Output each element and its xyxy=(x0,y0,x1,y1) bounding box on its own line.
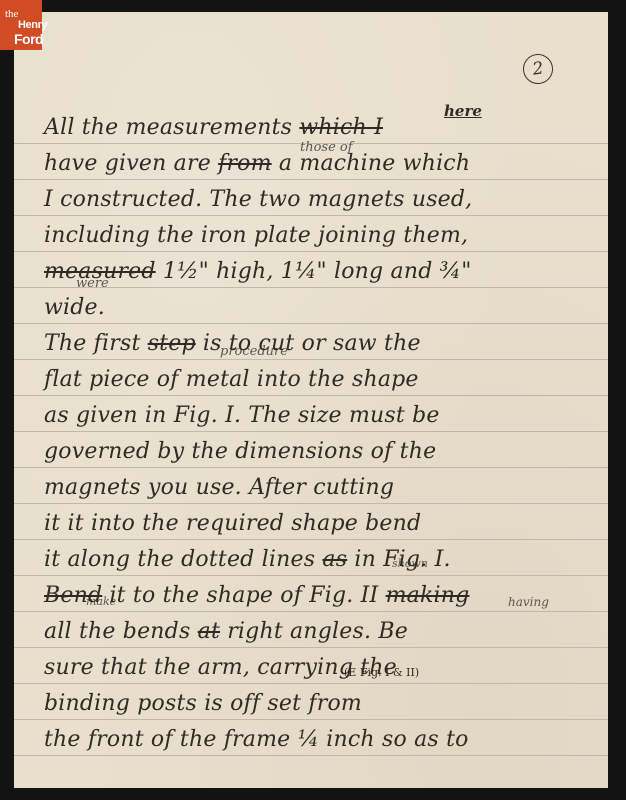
text-segment: all the bends xyxy=(44,619,198,644)
logo-ford: Ford xyxy=(14,31,43,47)
ruled-line xyxy=(14,395,608,396)
ruled-line xyxy=(14,683,608,684)
struck-word: making xyxy=(386,583,470,608)
text-segment: right angles. Be xyxy=(220,619,408,644)
manuscript-line: The first step is to cut or saw the xyxy=(44,331,421,356)
ruled-line xyxy=(14,251,608,252)
text-segment: flat piece of metal into the shape xyxy=(44,367,419,392)
text-segment: including the iron plate joining them, xyxy=(44,223,468,248)
manuscript-line: All the measurements which I xyxy=(44,115,383,140)
struck-word: at xyxy=(198,619,220,644)
ruled-line xyxy=(14,755,608,756)
text-segment: it to the shape of Fig. II xyxy=(102,583,385,608)
text-segment: in Fig. I. xyxy=(347,547,450,572)
struck-word: as xyxy=(322,547,347,572)
page-number: 2 xyxy=(521,52,555,86)
logo-the: the xyxy=(5,8,18,20)
logo-henry: Henry xyxy=(18,19,47,31)
text-segment: have given are xyxy=(44,151,218,176)
text-segment: 1½" high, 1¼" long and ¾" xyxy=(156,259,472,284)
text-segment: binding posts is off set from xyxy=(44,691,362,716)
manuscript-line: governed by the dimensions of the xyxy=(44,439,436,464)
insertion-having: having xyxy=(508,595,549,609)
text-segment: governed by the dimensions of the xyxy=(44,439,436,464)
insertion-here: here xyxy=(444,102,482,120)
struck-word: from xyxy=(218,151,272,176)
ruled-line xyxy=(14,539,608,540)
text-segment: it it into the required shape bend xyxy=(44,511,421,536)
ruled-line xyxy=(14,503,608,504)
text-segment: it along the dotted lines xyxy=(44,547,322,572)
manuscript-line: including the iron plate joining them, xyxy=(44,223,468,248)
manuscript-page: 2 here those of were procedure shown mak… xyxy=(14,12,608,788)
ruled-line xyxy=(14,611,608,612)
ruled-line xyxy=(14,359,608,360)
text-segment: sure that the arm, carrying the xyxy=(44,655,397,680)
ruled-line xyxy=(14,215,608,216)
ruled-line xyxy=(14,575,608,576)
manuscript-line: it it into the required shape bend xyxy=(44,511,421,536)
manuscript-line: Bend it to the shape of Fig. II making xyxy=(44,583,469,608)
text-segment: the front of the frame ¼ inch so as to xyxy=(44,727,469,752)
manuscript-line: binding posts is off set from xyxy=(44,691,362,716)
manuscript-line: wide. xyxy=(44,295,105,320)
ruled-line xyxy=(14,467,608,468)
struck-word: measured xyxy=(44,259,156,284)
text-segment: as given in Fig. I. The size must be xyxy=(44,403,440,428)
text-segment: is to cut or saw the xyxy=(196,331,421,356)
manuscript-line: measured 1½" high, 1¼" long and ¾" xyxy=(44,259,472,284)
text-segment: The first xyxy=(44,331,148,356)
struck-word: Bend xyxy=(44,583,102,608)
manuscript-line: magnets you use. After cutting xyxy=(44,475,394,500)
text-segment: wide. xyxy=(44,295,105,320)
text-segment: I constructed. The two magnets used, xyxy=(44,187,472,212)
manuscript-line: it along the dotted lines as in Fig. I. xyxy=(44,547,451,572)
struck-word: which I xyxy=(299,115,383,140)
ruled-line xyxy=(14,323,608,324)
ruled-line xyxy=(14,719,608,720)
ruled-line xyxy=(14,647,608,648)
henry-ford-logo: the Henry Ford xyxy=(0,0,42,50)
text-segment: All the measurements xyxy=(44,115,299,140)
manuscript-line: all the bends at right angles. Be xyxy=(44,619,408,644)
manuscript-line: sure that the arm, carrying the xyxy=(44,655,397,680)
ruled-line xyxy=(14,179,608,180)
ruled-line xyxy=(14,431,608,432)
struck-word: step xyxy=(148,331,196,356)
text-segment: a machine which xyxy=(272,151,471,176)
manuscript-line: as given in Fig. I. The size must be xyxy=(44,403,440,428)
manuscript-line: have given are from a machine which xyxy=(44,151,470,176)
manuscript-line: the front of the frame ¼ inch so as to xyxy=(44,727,469,752)
text-segment: magnets you use. After cutting xyxy=(44,475,394,500)
manuscript-line: flat piece of metal into the shape xyxy=(44,367,419,392)
manuscript-line: I constructed. The two magnets used, xyxy=(44,187,472,212)
